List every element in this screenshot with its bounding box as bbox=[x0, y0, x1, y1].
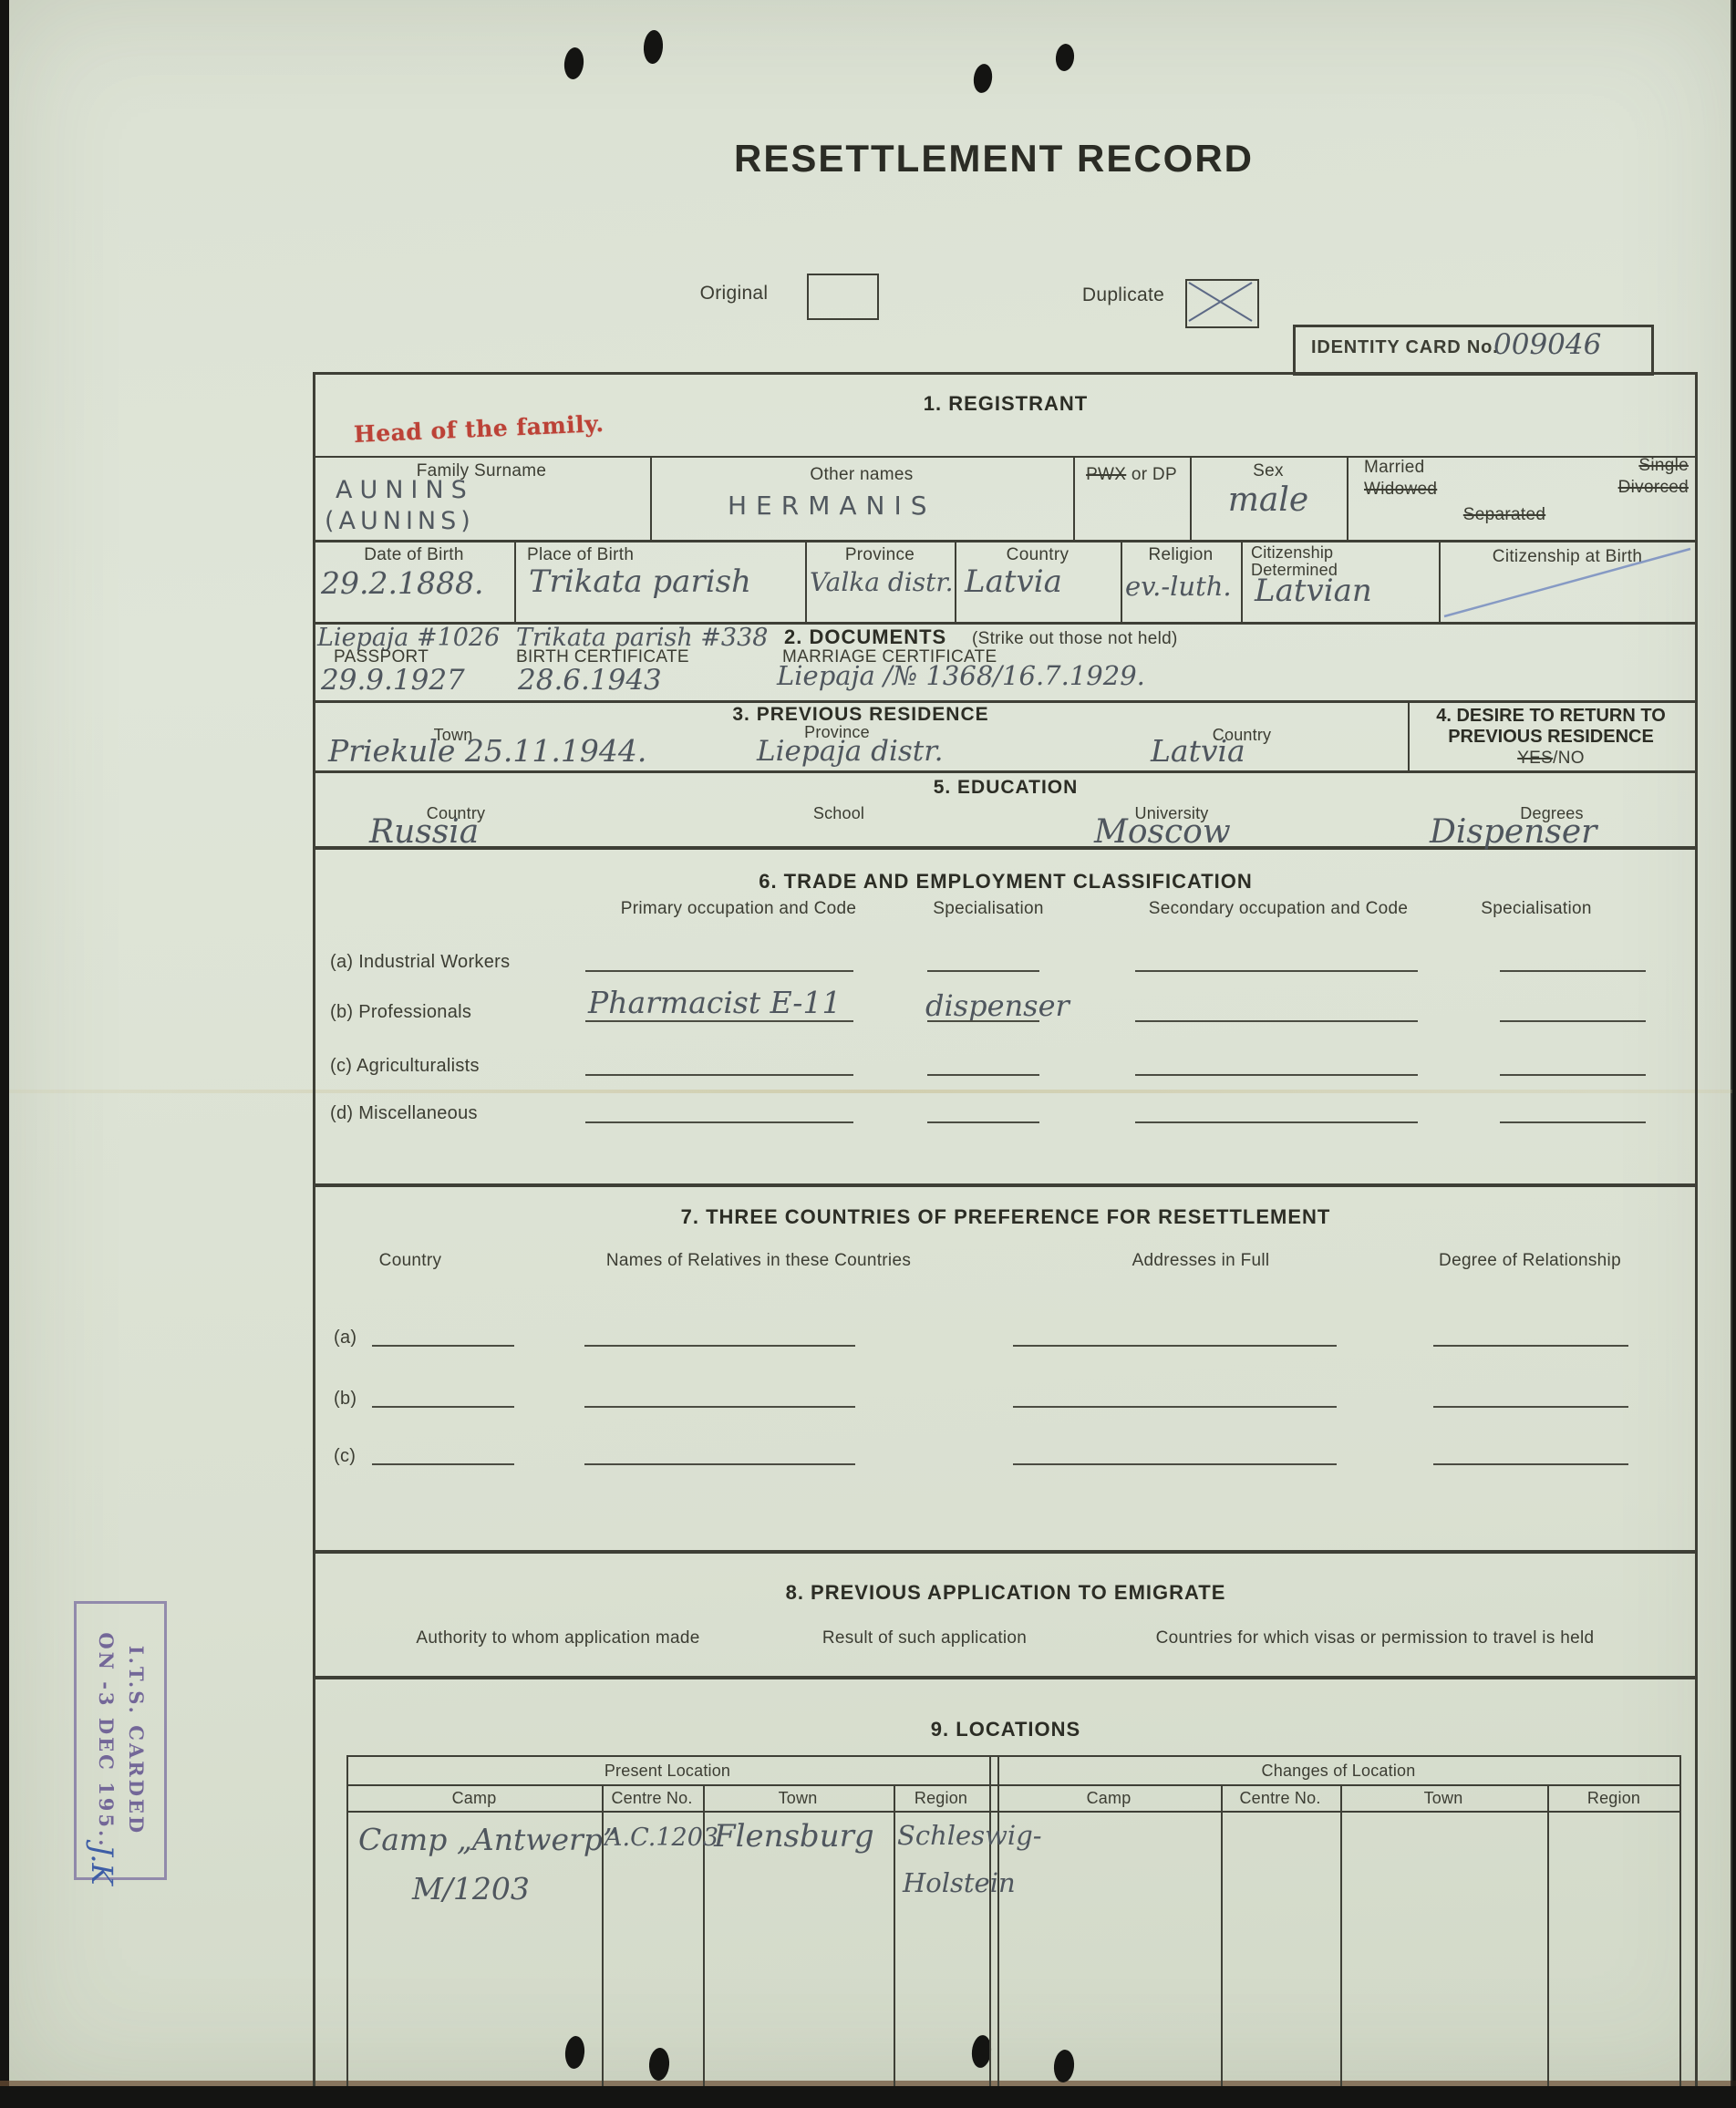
blank-line bbox=[1135, 1052, 1418, 1076]
form-line bbox=[313, 1183, 1698, 1187]
section4-header-line2: PREVIOUS RESIDENCE bbox=[1448, 727, 1654, 748]
form-line bbox=[313, 456, 1698, 458]
section1-header: 1. REGISTRANT bbox=[924, 392, 1088, 416]
table-line bbox=[1340, 1784, 1342, 2086]
blank-line bbox=[927, 998, 1039, 1022]
form-line bbox=[1073, 456, 1075, 540]
form-line bbox=[1121, 540, 1122, 622]
table-line bbox=[997, 1755, 999, 2086]
scan-edge-right bbox=[1731, 0, 1736, 2108]
s6-row-d-label: (d) Miscellaneous bbox=[330, 1103, 478, 1124]
present-centre-label: Centre No. bbox=[611, 1789, 692, 1808]
section5-header: 5. EDUCATION bbox=[934, 777, 1079, 799]
form-line bbox=[650, 456, 652, 540]
section7-header: 7. THREE COUNTRIES OF PREFERENCE FOR RES… bbox=[681, 1205, 1331, 1229]
blank-line bbox=[1433, 1384, 1628, 1408]
table-line bbox=[989, 1755, 991, 2086]
blank-line bbox=[372, 1323, 514, 1347]
marital-single: Single bbox=[1638, 456, 1689, 476]
marital-married: Married bbox=[1364, 458, 1425, 478]
present-location-header: Present Location bbox=[604, 1762, 730, 1781]
blank-line bbox=[1135, 1100, 1418, 1123]
section8-header: 8. PREVIOUS APPLICATION TO EMIGRATE bbox=[786, 1581, 1226, 1605]
present-region-label: Region bbox=[914, 1789, 967, 1808]
blank-line bbox=[584, 1384, 855, 1408]
x-mark-icon bbox=[1187, 281, 1254, 323]
changes-town-label: Town bbox=[1424, 1789, 1463, 1808]
blank-line bbox=[585, 1052, 853, 1076]
its-carded-stamp: I.T.S. CARDED ON -3 DEC 195.. bbox=[79, 1601, 167, 1875]
blank-line bbox=[585, 1100, 853, 1123]
form-line bbox=[805, 540, 807, 622]
blank-line bbox=[927, 1052, 1039, 1076]
s8-countries-label: Countries for which visas or permission … bbox=[1156, 1628, 1595, 1648]
prev-town-value: Priekule 25.11.1944. bbox=[328, 733, 646, 769]
its-carded-line1: I.T.S. CARDED bbox=[120, 1646, 150, 1835]
form-line bbox=[1190, 456, 1192, 540]
blank-line bbox=[1500, 948, 1646, 972]
section2-header: 2. DOCUMENTS bbox=[784, 625, 946, 649]
dob-value: 29.2.1888. bbox=[321, 565, 483, 601]
family-surname-native: (AUNINS) bbox=[325, 507, 475, 535]
table-line bbox=[346, 1784, 1681, 1786]
form-line bbox=[313, 1550, 1698, 1554]
its-carded-stamp-box: I.T.S. CARDED ON -3 DEC 195.. bbox=[74, 1601, 167, 1880]
form-line bbox=[1408, 700, 1410, 770]
table-line bbox=[346, 1755, 348, 2086]
s6-col1-label: Primary occupation and Code bbox=[621, 899, 856, 919]
pwx-struck: PWX bbox=[1086, 465, 1126, 484]
other-names-label: Other names bbox=[810, 465, 913, 485]
form-line bbox=[313, 700, 1698, 703]
section9-header: 9. LOCATIONS bbox=[931, 1718, 1080, 1741]
scanned-document: RESETTLEMENT RECORD Original Duplicate I… bbox=[0, 0, 1736, 2108]
identity-card-label: IDENTITY CARD No. bbox=[1311, 337, 1498, 358]
section4-header-line1: 4. DESIRE TO RETURN TO bbox=[1436, 706, 1666, 727]
section2-note: (Strike out those not held) bbox=[972, 629, 1178, 649]
form-line bbox=[1347, 456, 1348, 540]
s6-col3-label: Secondary occupation and Code bbox=[1149, 899, 1408, 919]
citizenship-determined-value: Latvian bbox=[1255, 573, 1372, 609]
sex-value: male bbox=[1228, 481, 1308, 519]
present-region-value-line1: Schleswig- bbox=[897, 1820, 1042, 1851]
birth-cert-date: 28.6.1943 bbox=[518, 664, 662, 697]
form-line bbox=[313, 540, 1698, 542]
s7-row-c-label: (c) bbox=[334, 1446, 356, 1467]
province-label: Province bbox=[845, 545, 914, 565]
original-label: Original bbox=[700, 283, 769, 305]
yes-no-choice: YES/NO bbox=[1517, 749, 1585, 769]
country-value: Latvia bbox=[965, 563, 1062, 600]
edu-country-value: Russia bbox=[369, 813, 479, 851]
s6-col2-label: Specialisation bbox=[933, 899, 1043, 919]
no-option: /NO bbox=[1553, 749, 1585, 768]
blank-line bbox=[584, 1441, 855, 1465]
table-line bbox=[346, 1811, 1681, 1813]
blank-line bbox=[1135, 998, 1418, 1022]
s7-addresses-label: Addresses in Full bbox=[1132, 1251, 1270, 1271]
marital-divorced: Divorced bbox=[1618, 478, 1689, 498]
edu-school-label: School bbox=[813, 804, 864, 823]
s7-relatives-label: Names of Relatives in these Countries bbox=[606, 1251, 911, 1271]
marriage-cert-value: Liepaja /№ 1368/16.7.1929. bbox=[777, 660, 1145, 691]
s7-country-label: Country bbox=[379, 1251, 442, 1271]
blank-line bbox=[372, 1441, 514, 1465]
religion-value: ev.-luth. bbox=[1125, 571, 1232, 602]
crossout-diagonal-line bbox=[1442, 543, 1694, 620]
changes-location-header: Changes of Location bbox=[1262, 1762, 1416, 1781]
form-line bbox=[313, 1676, 1698, 1679]
table-line bbox=[346, 1755, 1681, 1757]
table-line bbox=[1547, 1784, 1549, 2086]
form-line bbox=[313, 770, 1698, 773]
passport-date: 29.9.1927 bbox=[321, 664, 465, 697]
dob-label: Date of Birth bbox=[364, 545, 464, 565]
present-town-label: Town bbox=[779, 1789, 818, 1808]
blank-line bbox=[1500, 998, 1646, 1022]
checkbox-duplicate bbox=[1185, 279, 1259, 328]
table-line bbox=[894, 1784, 895, 2086]
or-dp: or DP bbox=[1126, 465, 1177, 484]
blank-line bbox=[1013, 1384, 1337, 1408]
duplicate-label: Duplicate bbox=[1082, 284, 1164, 306]
prev-province-value: Liepaja distr. bbox=[757, 735, 944, 768]
section6-header: 6. TRADE AND EMPLOYMENT CLASSIFICATION bbox=[759, 870, 1253, 894]
present-town-value: Flensburg bbox=[714, 1818, 874, 1855]
present-camp-value-line1: Camp „Antwerp” bbox=[358, 1822, 618, 1857]
blank-line bbox=[1013, 1441, 1337, 1465]
blank-line bbox=[372, 1384, 514, 1408]
blank-line bbox=[927, 948, 1039, 972]
form-line bbox=[1695, 372, 1698, 2086]
s8-result-label: Result of such application bbox=[822, 1628, 1027, 1648]
form-line bbox=[514, 540, 516, 622]
identity-card-number: 009046 bbox=[1493, 328, 1601, 361]
blank-line bbox=[585, 998, 853, 1022]
yes-struck: YES bbox=[1517, 749, 1553, 768]
form-line bbox=[313, 372, 315, 2086]
province-value: Valka distr. bbox=[810, 567, 954, 597]
pob-label: Place of Birth bbox=[527, 545, 634, 565]
s7-row-b-label: (b) bbox=[334, 1389, 356, 1410]
table-line bbox=[1679, 1755, 1681, 2086]
s6-row-c-label: (c) Agriculturalists bbox=[330, 1056, 480, 1077]
edu-degrees-value: Dispenser bbox=[1430, 813, 1596, 851]
religion-label: Religion bbox=[1148, 545, 1213, 565]
blank-line bbox=[1433, 1441, 1628, 1465]
blank-line bbox=[1500, 1100, 1646, 1123]
pwx-or-dp-label: PWX or DP bbox=[1086, 465, 1177, 485]
scan-edge-bottom bbox=[0, 2086, 1736, 2108]
s6-col4-label: Specialisation bbox=[1481, 899, 1591, 919]
blank-line bbox=[1135, 948, 1418, 972]
form-line bbox=[955, 540, 956, 622]
changes-region-label: Region bbox=[1587, 1789, 1640, 1808]
present-centre-value: A.C.1203 bbox=[604, 1824, 718, 1852]
s6-row-a-label: (a) Industrial Workers bbox=[330, 952, 510, 973]
blank-line bbox=[1500, 1052, 1646, 1076]
scan-edge-left bbox=[0, 0, 9, 2108]
form-line bbox=[313, 372, 1698, 375]
present-camp-label: Camp bbox=[452, 1789, 497, 1808]
marital-widowed: Widowed bbox=[1364, 480, 1437, 500]
table-line bbox=[1221, 1784, 1223, 2086]
form-line bbox=[1241, 540, 1243, 622]
changes-camp-label: Camp bbox=[1087, 1789, 1131, 1808]
citizenship-determined-label: Citizenship bbox=[1251, 543, 1333, 563]
blank-line bbox=[585, 948, 853, 972]
fold-crease bbox=[9, 1090, 1732, 1093]
present-region-value-line2: Holstein bbox=[903, 1867, 1016, 1898]
pob-value: Trikata parish bbox=[529, 563, 751, 600]
prev-country-value: Latvia bbox=[1151, 733, 1245, 769]
s7-row-a-label: (a) bbox=[334, 1328, 356, 1348]
s7-degree-label: Degree of Relationship bbox=[1439, 1251, 1621, 1271]
present-camp-value-line2: M/1203 bbox=[412, 1871, 530, 1906]
form-line bbox=[1439, 540, 1441, 622]
its-carded-line2: ON -3 DEC 195.. bbox=[90, 1632, 120, 1848]
s6-row-b-label: (b) Professionals bbox=[330, 1002, 471, 1023]
carder-initials: J.K bbox=[76, 1844, 119, 1927]
family-surname-value: AUNINS bbox=[336, 476, 474, 504]
blank-line bbox=[927, 1100, 1039, 1123]
edu-university-value: Moscow bbox=[1094, 813, 1231, 851]
checkbox-original bbox=[807, 274, 879, 320]
changes-centre-label: Centre No. bbox=[1239, 1789, 1320, 1808]
form-title: RESETTLEMENT RECORD bbox=[734, 137, 1254, 181]
blank-line bbox=[1433, 1323, 1628, 1347]
marital-separated: Separated bbox=[1463, 505, 1545, 525]
blank-line bbox=[584, 1323, 855, 1347]
paper-bottom-edge bbox=[0, 2081, 1736, 2086]
blank-line bbox=[1013, 1323, 1337, 1347]
country-label: Country bbox=[1007, 545, 1069, 565]
s8-authority-label: Authority to whom application made bbox=[416, 1628, 699, 1648]
sex-label: Sex bbox=[1253, 461, 1284, 481]
other-names-value: HERMANIS bbox=[728, 491, 936, 521]
